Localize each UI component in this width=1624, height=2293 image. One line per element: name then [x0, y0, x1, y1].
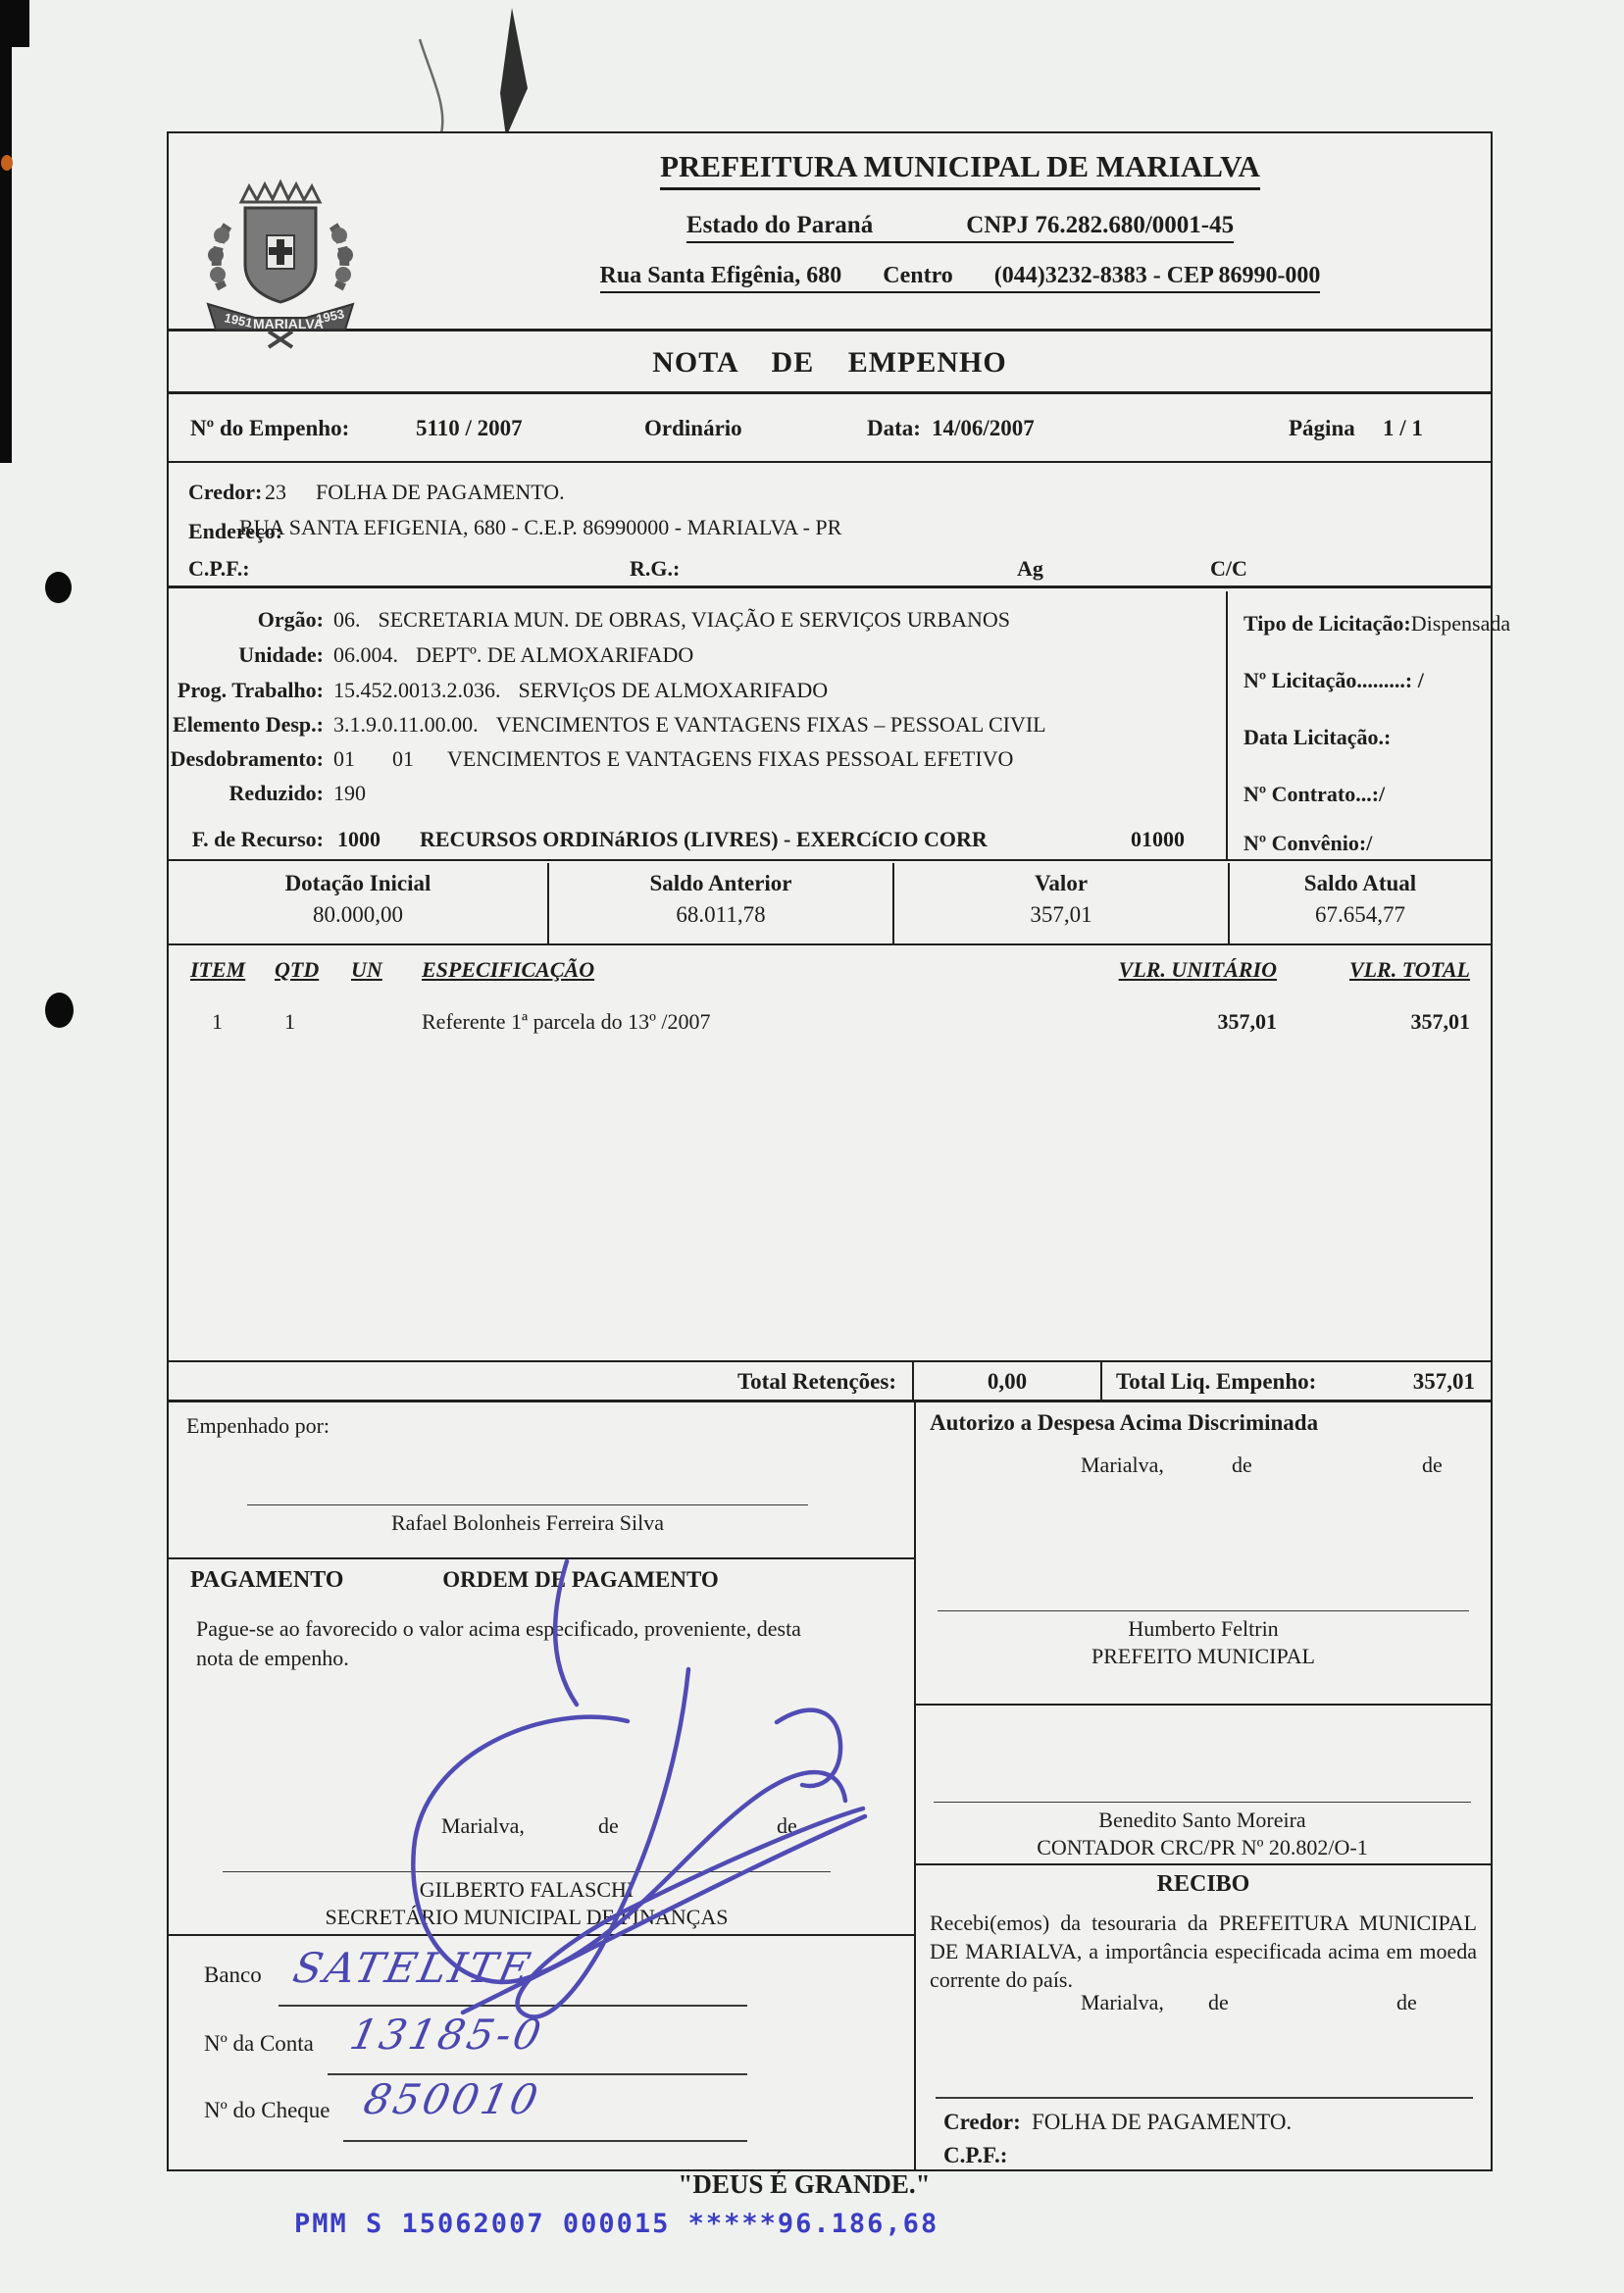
pagamento-label: PAGAMENTO	[190, 1567, 343, 1594]
recurso-code: 1000	[337, 827, 381, 852]
endereco-value: RUA SANTA EFIGENIA, 680 - C.E.P. 8699000…	[239, 514, 841, 541]
prefeito-signature-line	[938, 1610, 1469, 1611]
conta-label: Nº da Conta	[204, 2030, 314, 2059]
items-header-vlr-total: VLR. TOTAL	[1274, 957, 1470, 983]
saldo-anterior-value: 68.011,78	[549, 902, 892, 928]
elemento-label: Elemento Desp.:	[169, 712, 324, 738]
licitacao-tipo-value: Dispensada	[1411, 611, 1510, 636]
prog-trabalho-code: 15.452.0013.2.036.	[333, 678, 501, 703]
orgao-desc: SECRETARIA MUN. DE OBRAS, VIAÇÃO E SERVI…	[379, 607, 1011, 633]
budget-row-reduzido: Reduzido: 190	[169, 781, 366, 806]
cheque-underline	[343, 2140, 747, 2142]
punch-hole-mark-bottom	[45, 993, 74, 1028]
budget-box: Orgão: 06. SECRETARIA MUN. DE OBRAS, VIA…	[169, 591, 1491, 861]
recurso-extra-code: 01000	[1131, 827, 1208, 852]
punch-hole-mark-top	[45, 572, 72, 603]
page-label: Página	[1289, 415, 1355, 443]
item-qtd: 1	[284, 1008, 295, 1036]
empenhado-label: Empenhado por:	[186, 1412, 330, 1440]
total-liq-value: 357,01	[1413, 1369, 1475, 1400]
credor-name: FOLHA DE PAGAMENTO.	[316, 479, 565, 506]
scanned-document-page: 1951 MARIALVA 1953 PREFEITURA MUNICIPAL …	[0, 0, 1624, 2293]
reduzido-label: Reduzido:	[169, 781, 324, 806]
coat-of-arms-logo: 1951 MARIALVA 1953	[198, 175, 363, 349]
empenho-number-label: Nº do Empenho:	[190, 415, 349, 443]
header-section: 1951 MARIALVA 1953 PREFEITURA MUNICIPAL …	[169, 133, 1491, 331]
recibo-city: Marialva,	[1081, 1989, 1164, 2016]
recurso-label: F. de Recurso:	[169, 827, 324, 852]
items-table: ITEM QTD UN ESPECIFICAÇÃO VLR. UNITÁRIO …	[169, 947, 1491, 1360]
elemento-desc: VENCIMENTOS E VANTAGENS FIXAS – PESSOAL …	[496, 712, 1046, 738]
totals-row: Total Retenções: 0,00 Total Liq. Empenho…	[169, 1360, 1491, 1402]
unidade-desc: DEPTº. DE ALMOXARIFADO	[416, 642, 693, 668]
scan-orange-dot	[1, 155, 13, 171]
item-vlr-total: 357,01	[1274, 1008, 1470, 1036]
autorizo-label: Autorizo a Despesa Acima Discriminada	[930, 1410, 1318, 1436]
contador-signature-line	[934, 1802, 1471, 1803]
autorizo-city: Marialva,	[1081, 1452, 1164, 1479]
summary-col-valor: Valor 357,01	[894, 863, 1230, 943]
valor-label: Valor	[894, 871, 1228, 896]
saldo-anterior-label: Saldo Anterior	[549, 871, 892, 896]
contador-box: Benedito Santo Moreira CONTADOR CRC/PR N…	[916, 1706, 1491, 1865]
licitacao-tipo-row: Tipo de Licitação:Dispensada	[1243, 611, 1510, 637]
machine-stamp: PMM S 15062007 000015 *****96.186,68	[294, 2209, 939, 2239]
cc-label: C/C	[1210, 555, 1247, 583]
empenho-date: 14/06/2007	[932, 415, 1035, 443]
budget-row-recurso: F. de Recurso: 1000 RECURSOS ORDINáRIOS …	[169, 827, 1208, 852]
desdobramento-desc: VENCIMENTOS E VANTAGENS FIXAS PESSOAL EF…	[447, 746, 1013, 772]
contador-title: CONTADOR CRC/PR Nº 20.802/O-1	[934, 1835, 1471, 1860]
credor-code: 23	[265, 479, 286, 506]
pen-signature	[324, 1530, 932, 2060]
budget-row-orgao: Orgão: 06. SECRETARIA MUN. DE OBRAS, VIA…	[169, 607, 1010, 633]
saldo-atual-value: 67.654,77	[1230, 902, 1491, 928]
street-address: Rua Santa Efigênia, 680	[600, 263, 842, 288]
prefeito-name: Humberto Feltrin	[938, 1616, 1469, 1642]
cheque-handwritten-value: 850010	[360, 2075, 545, 2123]
items-header-vlr-unitario: VLR. UNITÁRIO	[1081, 957, 1277, 983]
empenho-type: Ordinário	[644, 415, 742, 443]
saldo-atual-label: Saldo Atual	[1230, 871, 1491, 896]
autorizo-de2: de	[1422, 1452, 1443, 1479]
contador-name: Benedito Santo Moreira	[934, 1808, 1471, 1833]
item-vlr-unitario: 357,01	[1081, 1008, 1277, 1036]
total-retencoes-label: Total Retenções:	[737, 1369, 896, 1394]
prog-trabalho-desc: SERVIçOS DE ALMOXARIFADO	[519, 678, 829, 703]
header-text-block: PREFEITURA MUNICIPAL DE MARIALVA Estado …	[453, 149, 1467, 293]
banco-label: Banco	[204, 1962, 262, 1990]
municipality-title: PREFEITURA MUNICIPAL DE MARIALVA	[660, 149, 1260, 190]
empenhado-signature-line	[247, 1504, 808, 1505]
recibo-credor-value: FOLHA DE PAGAMENTO.	[1032, 2109, 1292, 2137]
recibo-de2: de	[1396, 1989, 1417, 2016]
summary-col-saldo-atual: Saldo Atual 67.654,77	[1230, 863, 1491, 943]
address-line: Rua Santa Efigênia, 680Centro(044)3232-8…	[600, 263, 1321, 293]
cnpj-value: CNPJ 76.282.680/0001-45	[966, 212, 1234, 238]
autorizo-box: Autorizo a Despesa Acima Discriminada Ma…	[916, 1402, 1491, 1706]
motto-text: "DEUS É GRANDE."	[412, 2169, 1196, 2200]
recurso-desc: RECURSOS ORDINáRIOS (LIVRES) - EXERCíCIO…	[420, 827, 988, 852]
dotacao-label: Dotação Inicial	[169, 871, 547, 896]
recibo-cpf-label: C.P.F.:	[943, 2142, 1007, 2170]
total-liq-cell: Total Liq. Empenho: 357,01	[1102, 1362, 1491, 1400]
scan-edge-artifact	[0, 0, 12, 463]
total-retencoes-label-cell: Total Retenções:	[169, 1362, 914, 1400]
budget-row-desdobramento: Desdobramento: 01 01 VENCIMENTOS E VANTA…	[169, 746, 1013, 772]
ag-label: Ag	[1017, 555, 1043, 583]
items-header-item: ITEM	[190, 957, 245, 983]
phone-cep: (044)3232-8383 - CEP 86990-000	[994, 263, 1321, 288]
budget-row-prog-trabalho: Prog. Trabalho: 15.452.0013.2.036. SERVI…	[169, 678, 828, 703]
item-spec: Referente 1ª parcela do 13º /2007	[422, 1008, 711, 1036]
total-retencoes-value: 0,00	[988, 1369, 1027, 1394]
empenho-date-label: Data:	[867, 415, 921, 443]
desdobramento-code2: 01	[392, 746, 414, 772]
credor-label: Credor:	[188, 479, 262, 506]
budget-row-elemento: Elemento Desp.: 3.1.9.0.11.00.00. VENCIM…	[169, 712, 1046, 738]
valor-value: 357,01	[894, 902, 1228, 928]
cheque-label: Nº do Cheque	[204, 2097, 330, 2125]
district: Centro	[883, 263, 953, 288]
summary-row: Dotação Inicial 80.000,00 Saldo Anterior…	[169, 863, 1491, 945]
items-header-qtd: QTD	[275, 957, 319, 983]
rg-label: R.G.:	[630, 555, 680, 583]
logo-name: MARIALVA	[253, 316, 324, 331]
doc-title: NOTA DE EMPENHO	[652, 346, 1006, 380]
page-number: 1 / 1	[1383, 415, 1423, 443]
desdobramento-label: Desdobramento:	[169, 746, 324, 772]
elemento-code: 3.1.9.0.11.00.00.	[333, 712, 479, 738]
unidade-code: 06.004.	[333, 642, 398, 668]
empenho-row: Nº do Empenho: 5110 / 2007 Ordinário Dat…	[169, 397, 1491, 463]
items-header-un: UN	[351, 957, 382, 983]
recibo-de1: de	[1208, 1989, 1229, 2016]
orgao-label: Orgão:	[169, 607, 324, 633]
autorizo-de1: de	[1232, 1452, 1252, 1479]
state-cnpj-line: Estado do ParanáCNPJ 76.282.680/0001-45	[686, 212, 1234, 243]
reduzido-code: 190	[333, 781, 366, 806]
recibo-credor-label: Credor:	[943, 2109, 1021, 2137]
total-retencoes-value-cell: 0,00	[914, 1362, 1102, 1400]
empenho-number: 5110 / 2007	[416, 415, 523, 443]
unidade-label: Unidade:	[169, 642, 324, 668]
credor-box: Credor: 23 FOLHA DE PAGAMENTO. Endereço:…	[169, 465, 1491, 588]
recibo-title: RECIBO	[916, 1871, 1491, 1898]
cpf-label: C.P.F.:	[188, 555, 250, 583]
licitacao-data-row: Data Licitação.:	[1243, 725, 1391, 750]
total-liq-label: Total Liq. Empenho:	[1116, 1369, 1316, 1400]
recibo-box: RECIBO Recebi(emos) da tesouraria da PRE…	[916, 1865, 1491, 2169]
licitacao-tipo-label: Tipo de Licitação:	[1243, 611, 1411, 636]
recibo-divider-line	[936, 2097, 1473, 2099]
doc-title-band: NOTA DE EMPENHO	[169, 334, 1491, 394]
licitacao-num-row: Nº Licitação.........: /	[1243, 668, 1424, 693]
recibo-text: Recebi(emos) da tesouraria da PREFEITURA…	[930, 1909, 1477, 1994]
budget-row-unidade: Unidade: 06.004. DEPTº. DE ALMOXARIFADO	[169, 642, 693, 668]
dotacao-value: 80.000,00	[169, 902, 547, 928]
desdobramento-code: 01	[333, 746, 355, 772]
summary-col-saldo-anterior: Saldo Anterior 68.011,78	[549, 863, 894, 943]
state-label: Estado do Paraná	[686, 212, 873, 238]
item-number: 1	[212, 1008, 223, 1036]
summary-col-dotacao: Dotação Inicial 80.000,00	[169, 863, 549, 943]
prog-trabalho-label: Prog. Trabalho:	[169, 678, 324, 703]
items-header-espec: ESPECIFICAÇÃO	[422, 957, 594, 983]
licitacao-convenio-row: Nº Convênio:/	[1243, 831, 1372, 856]
scan-corner-artifact	[0, 0, 29, 47]
licitacao-contrato-row: Nº Contrato...:/	[1243, 782, 1385, 807]
orgao-code: 06.	[333, 607, 361, 633]
licitacao-panel: Tipo de Licitação:Dispensada Nº Licitaçã…	[1226, 591, 1491, 859]
prefeito-title: PREFEITO MUNICIPAL	[938, 1644, 1469, 1669]
